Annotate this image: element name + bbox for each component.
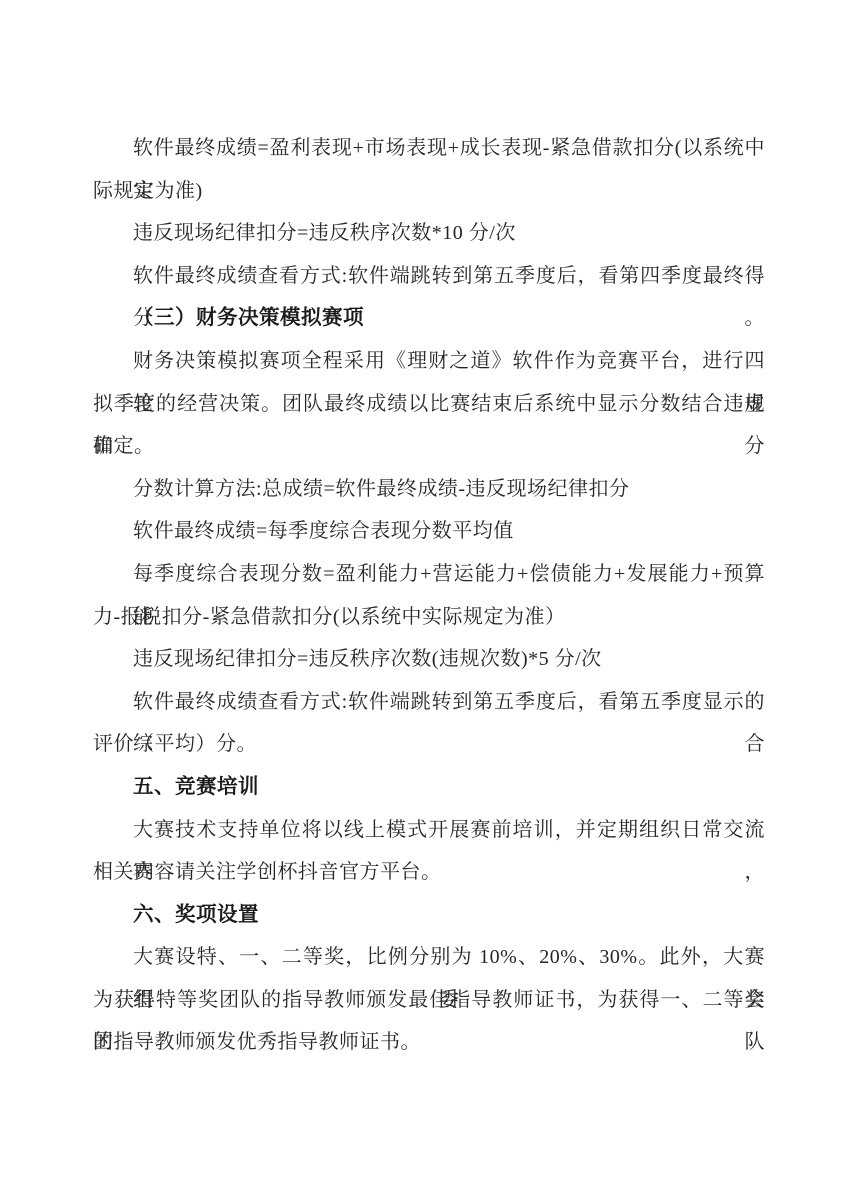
text-line: 际规定为准): [93, 170, 765, 213]
text-line: 大赛技术支持单位将以线上模式开展赛前培训，并定期组织日常交流赛，: [93, 809, 765, 852]
document-text-block: 软件最终成绩=盈利表现+市场表现+成长表现-紧急借款扣分(以系统中实际规定为准)…: [93, 127, 765, 1064]
text-line: 财务决策模拟赛项全程采用《理财之道》软件作为竞赛平台，进行四轮虚: [93, 340, 765, 383]
text-line: 分数计算方法:总成绩=软件最终成绩-违反现场纪律扣分: [93, 468, 765, 511]
text-line: 违反现场纪律扣分=违反秩序次数(违规次数)*5 分/次: [93, 638, 765, 681]
text-line: 力-报税扣分-紧急借款扣分(以系统中实际规定为准）: [93, 596, 765, 639]
text-line: 大赛设特、一、二等奖，比例分别为 10%、20%、30%。此外，大赛组委会: [93, 936, 765, 979]
text-line: 软件最终成绩=盈利表现+市场表现+成长表现-紧急借款扣分(以系统中实: [93, 127, 765, 170]
text-line: 拟季度的经营决策。团队最终成绩以比赛结束后系统中显示分数结合违规扣分: [93, 383, 765, 426]
section-heading: 六、奖项设置: [93, 894, 765, 937]
text-line: 违反现场纪律扣分=违反秩序次数*10 分/次: [93, 212, 765, 255]
text-line: 软件最终成绩查看方式:软件端跳转到第五季度后，看第五季度显示的综合: [93, 681, 765, 724]
text-line: 为获得特等奖团队的指导教师颁发最佳指导教师证书，为获得一、二等奖团队: [93, 979, 765, 1022]
document-page: 软件最终成绩=盈利表现+市场表现+成长表现-紧急借款扣分(以系统中实际规定为准)…: [0, 0, 849, 1200]
text-line: 软件最终成绩查看方式:软件端跳转到第五季度后，看第四季度最终得分。: [93, 255, 765, 298]
section-heading: 五、竞赛培训: [93, 766, 765, 809]
text-line: 每季度综合表现分数=盈利能力+营运能力+偿债能力+发展能力+预算能: [93, 553, 765, 596]
text-line: 软件最终成绩=每季度综合表现分数平均值: [93, 510, 765, 553]
